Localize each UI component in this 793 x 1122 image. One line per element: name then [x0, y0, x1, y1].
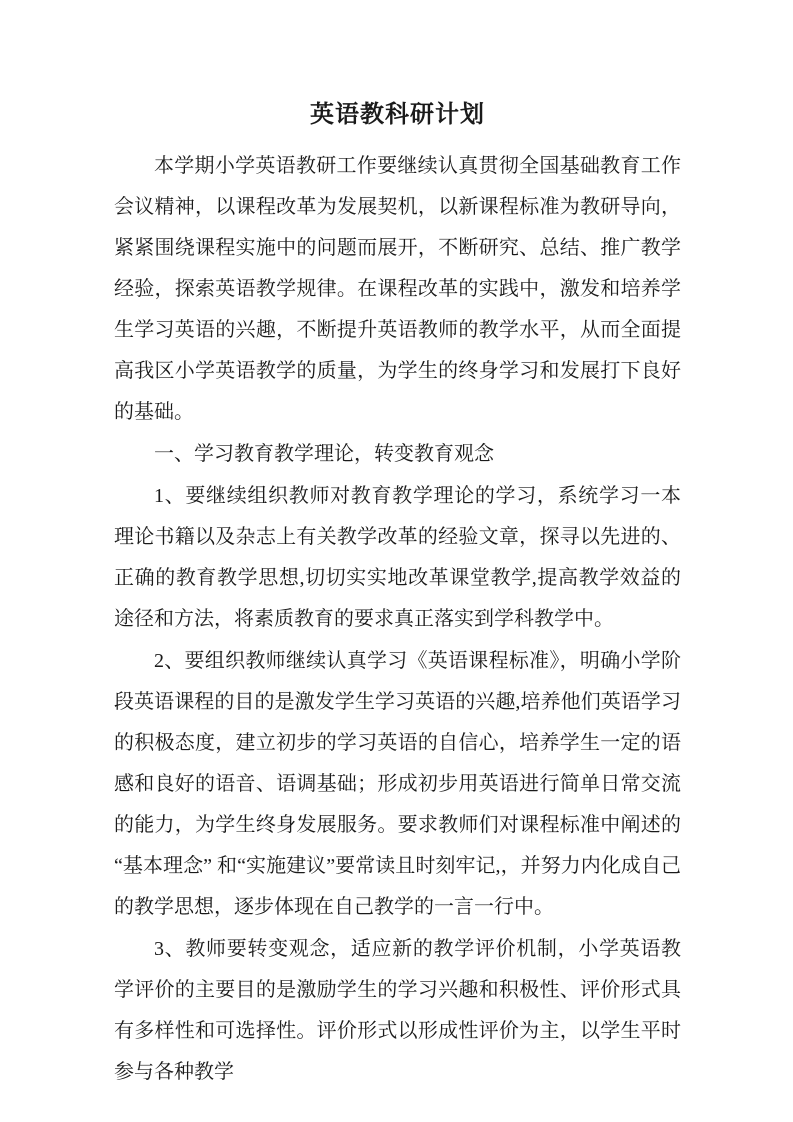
document-title: 英语教科研计划 [114, 100, 681, 131]
section-heading-1: 一、学习教育教学理论，转变教育观念 [114, 434, 681, 475]
document-page: 英语教科研计划 本学期小学英语教研工作要继续认真贯彻全国基础教育工作会议精神，以… [0, 0, 793, 1122]
paragraph-intro: 本学期小学英语教研工作要继续认真贯彻全国基础教育工作会议精神，以课程改革为发展契… [114, 146, 681, 433]
paragraph-item-2: 2、要组织教师继续认真学习《英语课程标准》，明确小学阶段英语课程的目的是激发学生… [114, 641, 681, 928]
paragraph-item-1: 1、要继续组织教师对教育教学理论的学习，系统学习一本理论书籍以及杂志上有关教学改… [114, 476, 681, 640]
paragraph-item-3: 3、教师要转变观念，适应新的教学评价机制，小学英语教学评价的主要目的是激励学生的… [114, 929, 681, 1093]
